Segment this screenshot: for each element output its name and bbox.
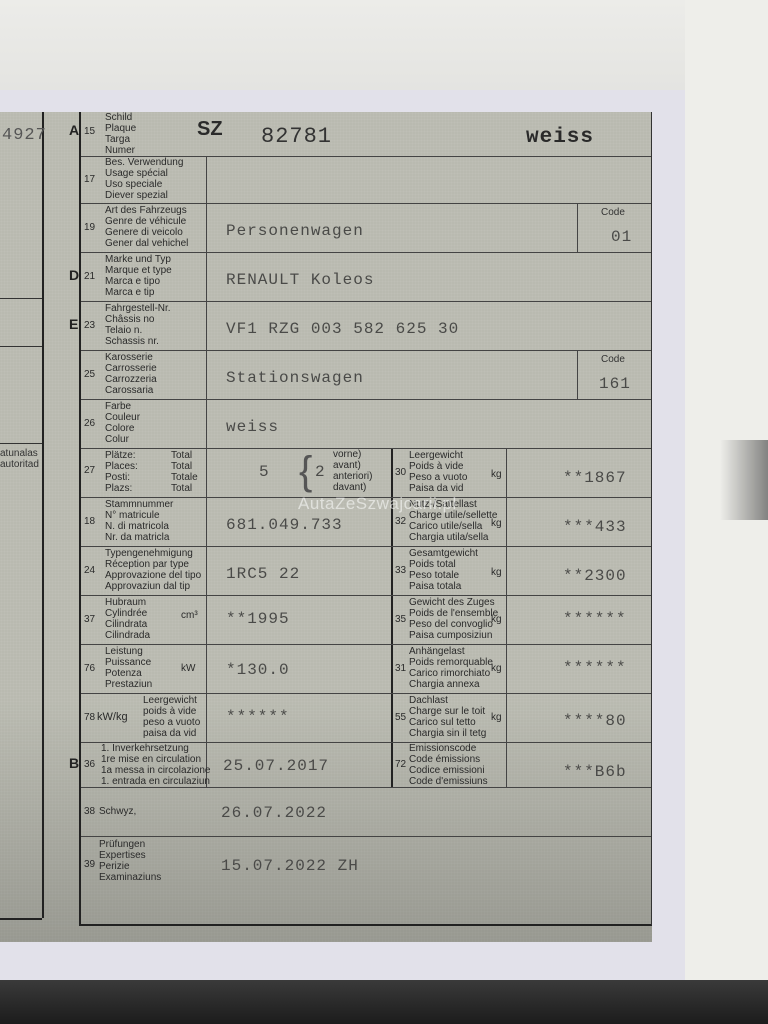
field-number: 24 (84, 565, 95, 576)
field-label: Hubraum Cylindrée Cilindrata Cilindrada (105, 597, 150, 641)
label-fr: Poids remorquable (409, 657, 493, 668)
unit-label: kW (181, 663, 195, 674)
field-label: Typengenehmigung Réception par type Appr… (105, 548, 201, 592)
label-fr: Code émissions (409, 754, 488, 765)
label-it: Peso totale (409, 570, 478, 581)
roof-load-value: ****80 (563, 712, 627, 730)
field-special-use: 17 Bes. Verwendung Usage spécial Uso spe… (81, 156, 651, 204)
label-it: anteriori) (333, 471, 372, 482)
label-de: Prüfungen (99, 839, 161, 850)
label-rm: Nr. da matricla (105, 532, 173, 543)
field-number: 72 (395, 759, 406, 770)
section-letter: E (69, 316, 78, 332)
vehicle-type-code: 01 (611, 228, 632, 246)
plate-color: weiss (526, 126, 594, 149)
cell-divider (206, 302, 207, 350)
label-de: Anhängelast (409, 646, 493, 657)
label-de: Farbe (105, 401, 140, 412)
body-type-value: Stationswagen (226, 369, 364, 387)
field-power-weight-roof-load: 78 kW/kg Leergewicht poids à vide peso a… (81, 694, 651, 743)
field-number: 35 (395, 614, 406, 625)
field-number: 25 (84, 369, 95, 380)
label-it: Codice emissioni (409, 765, 488, 776)
train-weight-value: ****** (563, 610, 627, 628)
label-it: Colore (105, 423, 140, 434)
label-it: Approvazione del tipo (105, 570, 201, 581)
power-value: *130.0 (226, 661, 290, 679)
issue-place-label: Schwyz, (99, 806, 136, 817)
label-fr: 1re mise en circulation (101, 754, 211, 765)
label-fr: Poids de l'ensemble (409, 608, 498, 619)
label-de: Typengenehmigung (105, 548, 201, 559)
canton-code: SZ (197, 118, 223, 141)
label-fr: Genre de véhicule (105, 216, 188, 227)
label-rm: Chargia utila/sella (409, 532, 497, 543)
field-number: 23 (84, 320, 95, 331)
cell-divider (206, 253, 207, 301)
label-fr: Places: (105, 461, 138, 472)
unit-label: kg (491, 567, 502, 578)
unit-label: kW/kg (97, 712, 128, 723)
cell-divider (206, 400, 207, 448)
background-top (0, 0, 768, 90)
unit-label: kg (491, 518, 502, 529)
label-de: Karosserie (105, 352, 157, 363)
label-de: Art des Fahrzeugs (105, 205, 188, 216)
label-de: Gesamtgewicht (409, 548, 478, 559)
field-power-towing: 76 Leistung Puissance Potenza Prestaziun… (81, 645, 651, 694)
label-it: peso a vuoto (143, 717, 200, 728)
unit-label: cm³ (181, 610, 198, 621)
left-partial-value: 4927 (2, 126, 47, 145)
field-label: Leistung Puissance Potenza Prestaziun (105, 646, 152, 690)
field-label: Gesamtgewicht Poids total Peso totale Pa… (409, 548, 478, 592)
emission-code-value: ***B6b (563, 763, 627, 781)
label-rm: Gener dal vehichel (105, 238, 188, 249)
label-it: Carico rimorchiato (409, 668, 493, 679)
matriculation-number-value: 681.049.733 (226, 516, 343, 534)
field-number: 19 (84, 222, 95, 233)
label-de: 1. Inverkehrsetzung (101, 743, 211, 754)
label-rm: Plazs: (105, 483, 138, 494)
field-number: 26 (84, 418, 95, 429)
label-it: Carico sul tetto (409, 717, 486, 728)
code-label: Code (601, 354, 625, 365)
field-label: Dachlast Charge sur le toit Carico sul t… (409, 695, 486, 739)
field-chassis-number: E 23 Fahrgestell-Nr. Châssis no Telaio n… (81, 302, 651, 351)
field-label: Bes. Verwendung Usage spécial Uso specia… (105, 157, 183, 201)
label-it: Posti: (105, 472, 138, 483)
label-fr: Puissance (105, 657, 152, 668)
field-seats-empty-weight: 27 Plätze: Places: Posti: Plazs: Total T… (81, 449, 651, 498)
field-number: 30 (395, 467, 406, 478)
label-de: Bes. Verwendung (105, 157, 183, 168)
first-registration-date: 25.07.2017 (223, 757, 329, 775)
left-divider (0, 918, 42, 920)
label-it: Totale (171, 472, 198, 483)
table-edge (0, 980, 768, 1024)
payload-value: ***433 (563, 518, 627, 536)
label-fr: Marque et type (105, 265, 172, 276)
label-de: Leergewicht (409, 450, 467, 461)
label-de: Fahrgestell-Nr. (105, 303, 171, 314)
label-it: Marca e tipo (105, 276, 172, 287)
label-de: Plätze: (105, 450, 138, 461)
field-number: 78 (84, 712, 95, 723)
field-number: 38 (84, 806, 95, 817)
background-shadow (720, 440, 768, 520)
label-it: Peso del convoglio (409, 619, 498, 630)
total-weight-value: **2300 (563, 567, 627, 585)
label-rm: Colur (105, 434, 140, 445)
label-de: vorne) (333, 449, 372, 460)
field-vehicle-type: 19 Art des Fahrzeugs Genre de véhicule G… (81, 204, 651, 253)
label-fr: Carrosserie (105, 363, 157, 374)
label-rm: Paisa da vid (409, 483, 467, 494)
label-de: Marke und Typ (105, 254, 172, 265)
field-label: Plätze: Places: Posti: Plazs: (105, 450, 138, 494)
label-fr: avant) (333, 460, 372, 471)
label-rm: Chargia annexa (409, 679, 493, 690)
make-model-value: RENAULT Koleos (226, 271, 374, 289)
section-letter: A (69, 122, 79, 138)
label-rm: Schassis nr. (105, 336, 171, 347)
field-label: Schild Plaque Targa Numer (105, 112, 136, 156)
field-label-total: Total Total Totale Total (171, 450, 198, 494)
towing-capacity-value: ****** (563, 659, 627, 677)
unit-label: kg (491, 663, 502, 674)
label-rm: 1. entrada en circulaziun (101, 776, 211, 787)
brace-icon: { (299, 451, 312, 491)
field-label: Marke und Typ Marque et type Marca e tip… (105, 254, 172, 298)
left-text-line: autoritad (0, 459, 39, 470)
label-it: Uso speciale (105, 179, 183, 190)
label-de: Dachlast (409, 695, 486, 706)
label-rm: Numer (105, 145, 136, 156)
label-fr: Usage spécial (105, 168, 183, 179)
field-first-registration-emissions: B 36 1. Inverkehrsetzung 1re mise en cir… (81, 743, 651, 788)
unit-label: kg (491, 469, 502, 480)
field-label: Stammnummer N° matricule N. di matricola… (105, 499, 173, 543)
label-it: Potenza (105, 668, 152, 679)
field-number: 37 (84, 614, 95, 625)
cell-divider (206, 204, 207, 252)
type-approval-value: 1RC5 22 (226, 565, 300, 583)
label-rm: Total (171, 483, 198, 494)
label-de: Leistung (105, 646, 152, 657)
label-fr: N° matricule (105, 510, 173, 521)
cell-divider (577, 351, 578, 399)
field-label: 1. Inverkehrsetzung 1re mise en circulat… (101, 743, 211, 787)
registration-form: A 15 Schild Plaque Targa Numer SZ 82781 … (79, 112, 652, 926)
field-issue-place-date: 38 Schwyz, 26.07.2022 (81, 788, 651, 837)
code-label: Code (601, 207, 625, 218)
left-text-line: atunalas (0, 448, 39, 459)
label-it: Perizie (99, 861, 161, 872)
label-fr: Expertises (99, 850, 161, 861)
field-number: 17 (84, 174, 95, 185)
label-rm: Marca e tip (105, 287, 172, 298)
displacement-value: **1995 (226, 610, 290, 628)
label-de: Total (171, 450, 198, 461)
front-seats-label: vorne) avant) anteriori) davant) (333, 449, 372, 493)
field-label: Art des Fahrzeugs Genre de véhicule Gene… (105, 205, 188, 249)
label-it: Telaio n. (105, 325, 171, 336)
inspection-date: 15.07.2022 ZH (221, 857, 359, 875)
label-rm: Prestaziun (105, 679, 152, 690)
label-fr: Charge sur le toit (409, 706, 486, 717)
field-plate: A 15 Schild Plaque Targa Numer SZ 82781 … (81, 112, 651, 157)
label-it: Carrozzeria (105, 374, 157, 385)
left-partial-text: atunalas autoritad (0, 448, 39, 470)
field-number: 21 (84, 271, 95, 282)
field-label: Leergewicht poids à vide peso a vuoto pa… (143, 695, 200, 739)
field-label: Prüfungen Expertises Perizie Examinaziun… (99, 839, 161, 883)
label-rm: Carossaria (105, 385, 157, 396)
label-fr: Plaque (105, 123, 136, 134)
label-it: N. di matricola (105, 521, 173, 532)
field-number: 33 (395, 565, 406, 576)
left-column-border (42, 112, 44, 918)
cell-divider (206, 156, 207, 203)
field-label: Emissionscode Code émissions Codice emis… (409, 743, 488, 787)
field-number: 18 (84, 516, 95, 527)
label-fr: Châssis no (105, 314, 171, 325)
seats-front-value: 2 (315, 463, 326, 481)
field-number: 36 (84, 759, 95, 770)
field-number: 31 (395, 663, 406, 674)
plate-number: 82781 (261, 124, 332, 149)
label-rm: Paisa totala (409, 581, 478, 592)
seats-total-value: 5 (259, 463, 270, 481)
color-value: weiss (226, 418, 279, 436)
section-letter: B (69, 755, 79, 771)
left-divider (0, 298, 42, 299)
label-de: Gewicht des Zuges (409, 597, 498, 608)
label-fr: Poids à vide (409, 461, 467, 472)
label-fr: Total (171, 461, 198, 472)
field-number: 15 (84, 126, 95, 137)
field-displacement-train-weight: 37 Hubraum Cylindrée Cilindrata Cilindra… (81, 596, 651, 645)
label-de: Stammnummer (105, 499, 173, 510)
label-de: Hubraum (105, 597, 150, 608)
label-rm: Examinaziuns (99, 872, 161, 883)
cell-divider (206, 351, 207, 399)
label-de: Emissionscode (409, 743, 488, 754)
unit-label: kg (491, 712, 502, 723)
unit-label: kg (491, 614, 502, 625)
label-de: Leergewicht (143, 695, 200, 706)
field-number: 55 (395, 712, 406, 723)
field-number: 27 (84, 465, 95, 476)
field-label: Fahrgestell-Nr. Châssis no Telaio n. Sch… (105, 303, 171, 347)
field-label: Farbe Couleur Colore Colur (105, 401, 140, 445)
label-rm: Chargia sin il tetg (409, 728, 486, 739)
empty-weight-value: **1867 (563, 469, 627, 487)
field-type-approval-total-weight: 24 Typengenehmigung Réception par type A… (81, 547, 651, 596)
field-number: 32 (395, 516, 406, 527)
field-label: Karosserie Carrosserie Carrozzeria Caros… (105, 352, 157, 396)
section-letter: D (69, 267, 79, 283)
field-number: 76 (84, 663, 95, 674)
label-it: Carico utile/sella (409, 521, 497, 532)
label-it: 1a messa in circolazione (101, 765, 211, 776)
field-make-model: D 21 Marke und Typ Marque et type Marca … (81, 253, 651, 302)
label-fr: poids à vide (143, 706, 200, 717)
vehicle-type-value: Personenwagen (226, 222, 364, 240)
field-number: 39 (84, 859, 95, 870)
label-rm: Paisa cumposiziun (409, 630, 498, 641)
label-rm: Diever spezial (105, 190, 183, 201)
field-inspections: 39 Prüfungen Expertises Perizie Examinaz… (81, 837, 651, 922)
label-rm: Approvaziun dal tip (105, 581, 201, 592)
watermark: AutaZeSzwajcarii.pl (298, 494, 457, 514)
label-rm: Cilindrada (105, 630, 150, 641)
label-it: Cilindrata (105, 619, 150, 630)
cell-divider (577, 204, 578, 252)
field-body-type: 25 Karosserie Carrosserie Carrozzeria Ca… (81, 351, 651, 400)
label-de: Schild (105, 112, 136, 123)
left-divider (0, 346, 42, 347)
chassis-number-value: VF1 RZG 003 582 625 30 (226, 320, 459, 338)
label-it: Targa (105, 134, 136, 145)
label-rm: paisa da vid (143, 728, 200, 739)
label-rm: Code d'emissiuns (409, 776, 488, 787)
power-weight-ratio-value: ****** (226, 708, 290, 726)
label-fr: Couleur (105, 412, 140, 423)
issue-date: 26.07.2022 (221, 804, 327, 822)
left-divider (0, 443, 42, 444)
field-color: 26 Farbe Couleur Colore Colur weiss (81, 400, 651, 449)
field-label: Gewicht des Zuges Poids de l'ensemble Pe… (409, 597, 498, 641)
body-type-code: 161 (599, 375, 631, 393)
field-label: Leergewicht Poids à vide Peso a vuoto Pa… (409, 450, 467, 494)
label-it: Peso a vuoto (409, 472, 467, 483)
label-it: Genere di veicolo (105, 227, 188, 238)
field-label: Anhängelast Poids remorquable Carico rim… (409, 646, 493, 690)
label-rm: davant) (333, 482, 372, 493)
label-fr: Poids total (409, 559, 478, 570)
label-fr: Réception par type (105, 559, 201, 570)
label-fr: Cylindrée (105, 608, 150, 619)
